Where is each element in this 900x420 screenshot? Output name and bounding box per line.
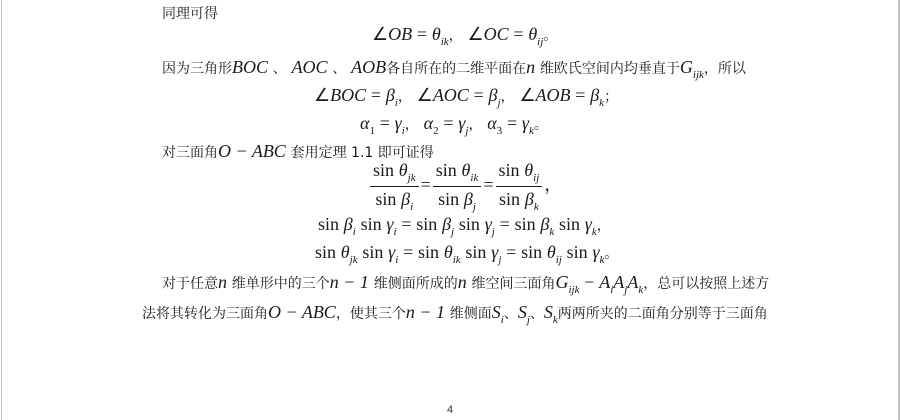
math: AOC <box>292 57 328 77</box>
math: O − ABC <box>218 141 286 161</box>
text: 维侧面 <box>450 306 492 322</box>
text: 维单形中的三个 <box>232 276 330 292</box>
math: θ <box>524 160 533 180</box>
math: = <box>371 85 381 105</box>
text: 对三面角 <box>162 145 218 161</box>
text: 、 <box>332 61 346 77</box>
text: ， <box>449 28 463 44</box>
math: jk <box>350 254 358 266</box>
math: sin <box>499 189 520 209</box>
math: A <box>613 272 624 292</box>
equation-beta-angles: ∠BOC = βi， ∠AOC = βj， ∠AOB = βk； <box>314 85 618 113</box>
math: α <box>487 113 496 133</box>
math: ijk <box>569 284 580 296</box>
angle-symbol: ∠ <box>467 24 483 44</box>
text: 维侧面所成的 <box>374 276 458 292</box>
math: β <box>442 214 451 234</box>
math: γ <box>522 113 529 133</box>
math: OC <box>484 24 509 44</box>
angle-symbol: ∠ <box>417 85 433 105</box>
math: G <box>680 57 693 77</box>
math: sin <box>362 242 383 262</box>
math: BOC <box>330 85 366 105</box>
math: 1 <box>369 125 375 137</box>
math: = <box>380 113 390 133</box>
math: OB <box>388 24 412 44</box>
math: sin <box>361 214 382 234</box>
math: θ <box>399 160 408 180</box>
text: ， <box>597 218 611 234</box>
math: k <box>534 201 539 213</box>
math: k <box>549 226 554 238</box>
text: 。 <box>604 246 618 262</box>
math: AOB <box>351 57 386 77</box>
math: AOC <box>433 85 469 105</box>
text: 、 <box>504 306 518 322</box>
math: β <box>489 85 498 105</box>
math: sin <box>515 214 536 234</box>
math: α <box>424 113 433 133</box>
math: γ <box>485 214 492 234</box>
text: ，总可以按照上述方 <box>643 276 769 292</box>
math: β <box>386 85 395 105</box>
math: ik <box>441 36 449 48</box>
math: sin <box>567 242 588 262</box>
equation-sine-ratios: sin θjk sin βi = sin θik sin βj = sin θi… <box>368 160 562 213</box>
text: ， <box>501 89 515 105</box>
angle-symbol: ∠ <box>519 85 535 105</box>
math: BOC <box>232 57 268 77</box>
math: j <box>498 254 501 266</box>
math: sin <box>318 214 339 234</box>
document-page: 同理可得 ∠OB = θik， ∠OC = θij。 因为三角形BOC 、 AO… <box>1 0 900 420</box>
math: β <box>525 189 534 209</box>
math: sin <box>559 214 580 234</box>
math: ik <box>470 172 478 184</box>
math: sin <box>418 242 439 262</box>
text: ，所以 <box>704 61 746 77</box>
equation-sin-beta-gamma: sin βi sin γi = sin βj sin γj = sin βk s… <box>318 214 611 242</box>
math: β <box>344 214 353 234</box>
math: β <box>590 85 599 105</box>
text: ， <box>398 89 412 105</box>
text: 因为三角形 <box>162 61 232 77</box>
text-line: 法将其转化为三面角O − ABC，使其三个n − 1 维侧面Si、Sj、Sk两两… <box>142 302 768 330</box>
text: 。 <box>543 28 557 44</box>
math: = <box>506 242 516 262</box>
text: 套用定理 1.1 即可证得 <box>291 145 434 161</box>
text-line: 因为三角形BOC 、 AOC 、 AOB各自所在的二维平面在n 维欧氏空间内均垂… <box>162 57 746 85</box>
fraction: sin θik sin βj <box>433 160 482 213</box>
math: sin <box>373 160 394 180</box>
angle-symbol: ∠ <box>314 85 330 105</box>
math: sin <box>459 214 480 234</box>
math: ik <box>453 254 461 266</box>
math: S <box>544 302 553 322</box>
text: ； <box>604 89 618 105</box>
math: i <box>410 201 413 213</box>
math: n <box>458 272 467 292</box>
math: sin <box>315 242 336 262</box>
math: γ <box>395 113 402 133</box>
text-line: 对于任意n 维单形中的三个n − 1 维侧面所成的n 维空间三面角Gijk − … <box>162 272 769 300</box>
math: O − ABC <box>268 302 336 322</box>
math: j <box>492 226 495 238</box>
math: = <box>417 24 427 44</box>
equation-angles-ob-oc: ∠OB = θik， ∠OC = θij。 <box>372 24 557 52</box>
math: i <box>395 254 398 266</box>
text: 同理可得 <box>162 6 218 22</box>
math: j <box>451 226 454 238</box>
math: ij <box>556 254 562 266</box>
math: sin <box>375 189 396 209</box>
math: sin <box>465 242 486 262</box>
angle-symbol: ∠ <box>372 24 388 44</box>
text: 维欧氏空间内均垂直于 <box>540 61 680 77</box>
math: S <box>518 302 527 322</box>
equation-alpha-gamma: α1 = γi， α2 = γj， α3 = γk。 <box>360 113 548 141</box>
math: θ <box>341 242 350 262</box>
math: n − 1 <box>406 302 445 322</box>
math: G <box>556 272 569 292</box>
text: ，使其三个 <box>336 306 406 322</box>
fraction: sin θij sin βk <box>496 160 543 213</box>
math: = <box>507 113 517 133</box>
math: = <box>474 85 484 105</box>
math: n − 1 <box>330 272 369 292</box>
math: = <box>403 242 413 262</box>
math: 3 <box>497 125 503 137</box>
math: j <box>473 201 476 213</box>
math: i <box>353 226 356 238</box>
math: AOB <box>535 85 570 105</box>
text: 两两所夹的二面角分别等于三面角 <box>558 306 768 322</box>
math: − <box>584 272 594 292</box>
text-line: 同理可得 <box>162 4 218 24</box>
math: θ <box>432 24 441 44</box>
math: β <box>401 189 410 209</box>
math: jk <box>408 172 416 184</box>
math: θ <box>444 242 453 262</box>
math: n <box>526 57 535 77</box>
math: i <box>394 226 397 238</box>
math: 2 <box>433 125 439 137</box>
equation-sin-theta-gamma: sin θjk sin γi = sin θik sin γj = sin θi… <box>315 242 618 270</box>
text: 维空间三面角 <box>472 276 556 292</box>
math: β <box>464 189 473 209</box>
text: 、 <box>530 306 544 322</box>
math: A <box>599 272 610 292</box>
text: 、 <box>273 61 287 77</box>
math: = <box>500 214 510 234</box>
math: = <box>513 24 523 44</box>
math: sin <box>416 214 437 234</box>
math: sin <box>499 160 520 180</box>
math: = <box>575 85 585 105</box>
math: γ <box>592 242 599 262</box>
math: θ <box>547 242 556 262</box>
math: γ <box>585 214 592 234</box>
text: 对于任意 <box>162 276 218 292</box>
text: ， <box>405 117 419 133</box>
math: S <box>492 302 501 322</box>
page-number: 4 <box>447 404 453 416</box>
math: β <box>540 214 549 234</box>
math: sin <box>438 189 459 209</box>
math: sin <box>521 242 542 262</box>
text: 各自所在的二维平面在 <box>386 61 526 77</box>
math: γ <box>386 214 393 234</box>
math: = <box>483 175 493 195</box>
math: ijk <box>693 69 704 81</box>
text: 。 <box>534 117 548 133</box>
fraction: sin θjk sin βi <box>370 160 419 213</box>
math: θ <box>528 24 537 44</box>
text: 法将其转化为三面角 <box>142 306 268 322</box>
math: ij <box>533 172 539 184</box>
math: sin <box>436 160 457 180</box>
math: A <box>627 272 638 292</box>
text: ， <box>468 117 482 133</box>
text: ， <box>544 175 562 195</box>
math: = <box>401 214 411 234</box>
math: = <box>421 175 431 195</box>
math: n <box>218 272 227 292</box>
math: = <box>443 113 453 133</box>
